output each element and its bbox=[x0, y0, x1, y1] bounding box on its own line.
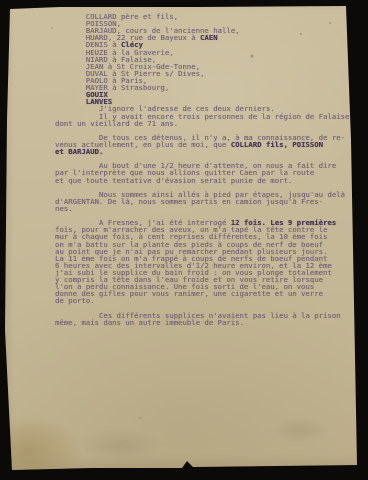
scan-background: COLLARD père et fils, POISSON, BARJAUD, … bbox=[0, 0, 368, 480]
typed-segment: même, mais dans un autre immeuble de Par… bbox=[55, 318, 244, 327]
typed-line: donne des gifles pour vous ranimer, une … bbox=[55, 290, 355, 297]
typed-segment: et que toute tentative d'évasion serait … bbox=[55, 176, 292, 185]
typed-line: d'ARGENTAN. De là, nous sommes partis en… bbox=[55, 198, 355, 205]
typed-segment: et BARJAUD. bbox=[55, 147, 103, 156]
typed-segment: d'ARGENTAN. De là, nous sommes partis en… bbox=[55, 197, 323, 206]
typed-text: COLLARD père et fils, POISSON, BARJAUD, … bbox=[55, 13, 355, 326]
typed-segment: donne des gifles pour vous ranimer, une … bbox=[55, 289, 323, 298]
typed-segment: de porto. bbox=[55, 296, 95, 305]
document-page: COLLARD père et fils, POISSON, BARJAUD, … bbox=[0, 0, 368, 480]
typed-segment: nes. bbox=[55, 204, 73, 213]
typed-line: et que toute tentative d'évasion serait … bbox=[55, 177, 355, 184]
typed-segment: COLLARD fils, POISSON bbox=[231, 140, 323, 149]
typed-line: de porto. bbox=[55, 297, 355, 304]
typed-line: nes. bbox=[55, 205, 355, 212]
typed-segment: dont un vieillard de 71 ans. bbox=[55, 119, 178, 128]
typed-segment: CAEN bbox=[200, 33, 218, 42]
typed-line: et BARJAUD. bbox=[55, 148, 355, 155]
